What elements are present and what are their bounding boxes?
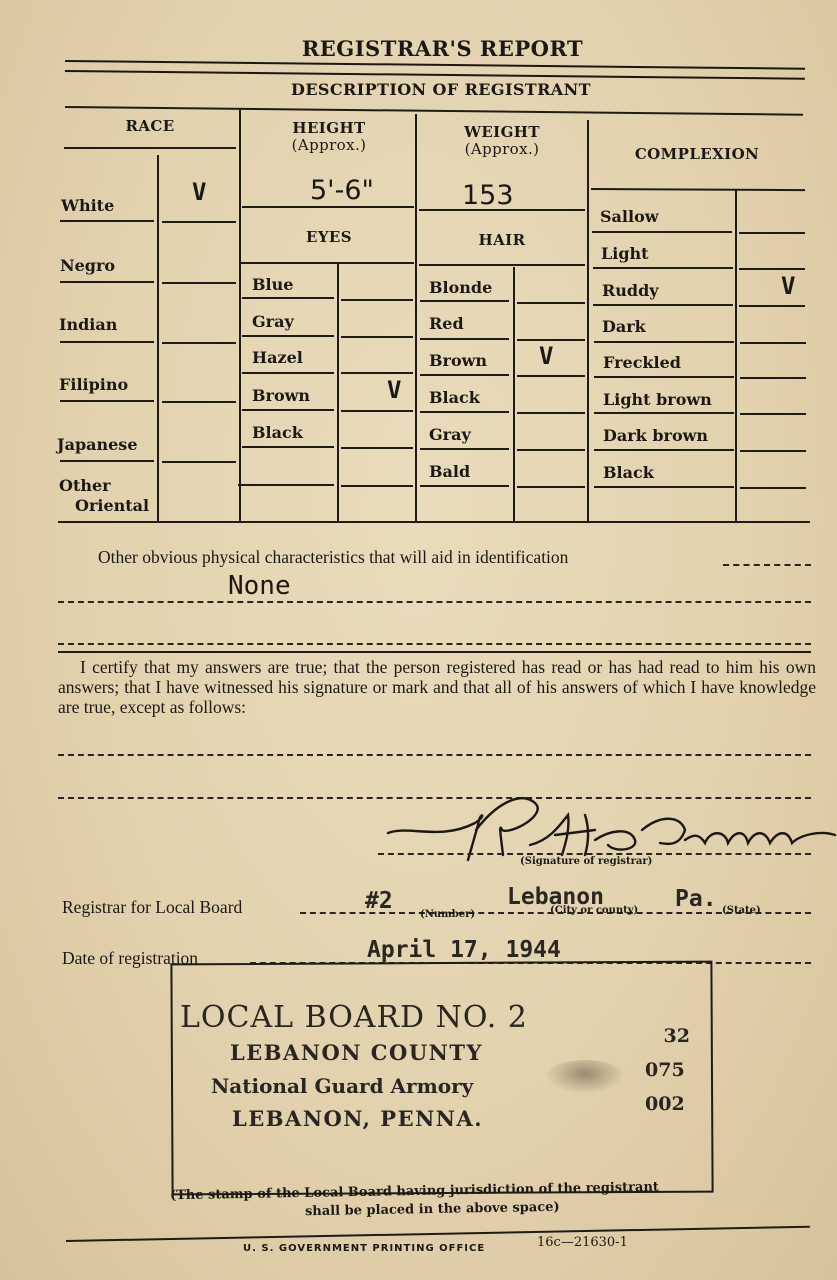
ink-smudge [545,1060,625,1094]
row-rule [162,282,236,284]
complexion-option-dark: Dark [602,317,646,336]
row-rule [594,449,734,451]
row-rule [242,335,334,337]
row-rule [592,231,732,233]
col-divider [239,110,241,521]
row-rule [594,376,734,378]
eyes-option-blue: Blue [252,275,293,294]
local-board-label: Registrar for Local Board [62,897,242,917]
hair-option-bald: Bald [429,462,470,481]
row-rule [241,262,414,264]
row-rule [341,485,413,487]
number-caption: (Number) [420,909,475,920]
complexion-option-light: Light [601,244,649,263]
eyes-option-gray: Gray [252,312,294,331]
section-subtitle: DESCRIPTION OF REGISTRANT [0,80,837,99]
height-value: 5'-6" [310,175,374,206]
row-rule [60,460,154,462]
hair-option-blonde: Blonde [429,278,492,297]
row-rule [162,461,236,463]
form-code: 16c—21630-1 [537,1235,628,1250]
dotted-rule [58,601,811,603]
signature-caption: (Signature of registrar) [520,856,652,867]
row-rule [740,487,806,489]
hair-option-gray: Gray [429,425,471,444]
signature-line [378,853,811,855]
row-rule [60,400,154,402]
race-mark-divider [157,155,159,521]
characteristics-value[interactable]: None [228,571,291,601]
weight-value: 153 [462,180,514,211]
row-rule [594,486,734,488]
complexion-checkmark: V [781,272,795,300]
eyes-option-brown: Brown [252,386,310,405]
complexion-option-ruddy: Ruddy [602,281,659,300]
city-caption: (City or county) [550,905,638,916]
stamp-code-2: 075 [645,1059,685,1081]
hair-mark-divider [513,267,515,521]
row-rule [517,339,585,341]
hair-option-red: Red [429,314,464,333]
race-header: RACE [65,118,235,135]
state-caption: (State) [722,905,761,916]
row-rule [419,209,585,211]
stamp-line-2: LEBANON COUNTY [230,1040,483,1065]
complexion-option-sallow: Sallow [600,207,659,226]
complexion-option-black: Black [603,463,654,482]
stamp-line-4: LEBANON, PENNA. [232,1106,483,1131]
stamp-code-1: 32 [660,1025,690,1047]
section-rule [58,651,811,653]
weight-approx: (Approx.) [418,141,586,158]
row-rule [60,220,154,222]
stamp-caption-2: shall be placed in the above space) [305,1200,560,1219]
row-rule [341,372,413,374]
row-rule [740,413,806,415]
certification-text: I certify that my answers are true; that… [58,657,816,717]
stamp-code-3: 002 [645,1093,685,1115]
row-rule [242,372,334,374]
row-rule [162,342,236,344]
dotted-rule [58,643,811,645]
row-rule [420,338,509,340]
row-rule [238,484,334,486]
complexion-option-light-brown: Light brown [603,390,712,409]
table-bottom-rule [58,521,810,523]
registration-date-value[interactable]: April 17, 1944 [367,937,561,963]
row-rule [593,304,733,306]
eyes-option-black: Black [252,423,303,442]
row-rule [594,412,734,414]
dotted-rule [58,754,811,756]
race-option-oriental: Oriental [75,496,149,515]
row-rule [242,409,334,411]
col-divider [587,120,589,521]
row-rule [420,411,509,413]
row-rule [593,267,733,269]
race-option-negro: Negro [60,256,115,275]
local-board-number[interactable]: #2 [365,888,393,914]
row-rule [420,374,509,376]
eyes-option-hazel: Hazel [252,348,303,367]
race-header-rule [64,147,236,149]
row-rule [517,412,585,414]
row-rule [162,401,236,403]
row-rule [517,449,585,451]
stamp-line-1: LOCAL BOARD NO. 2 [180,1000,528,1035]
race-option-other: Other [59,476,111,495]
row-rule [420,448,509,450]
row-rule [420,485,509,487]
eyes-checkmark: V [387,376,401,404]
hair-option-black: Black [429,388,480,407]
footer-rule [66,1226,810,1242]
row-rule [591,188,805,191]
row-rule [341,447,413,449]
row-rule [594,341,734,343]
row-rule [341,299,413,301]
complexion-header: COMPLEXION [592,146,802,163]
row-rule [242,446,334,448]
row-rule [740,377,806,379]
local-board-state[interactable]: Pa. [675,886,717,912]
row-rule [60,341,154,343]
hair-checkmark: V [539,342,553,370]
complexion-option-freckled: Freckled [603,353,681,372]
race-option-japanese: Japanese [57,435,138,454]
hair-option-brown: Brown [429,351,487,370]
table-top-rule [65,106,803,116]
row-rule [60,281,154,283]
complexion-mark-divider [735,190,737,521]
dotted-rule [723,564,811,566]
row-rule [162,221,236,223]
race-checkmark: V [192,178,206,206]
row-rule [242,206,414,208]
row-rule [740,450,806,452]
race-option-indian: Indian [59,315,117,334]
row-rule [739,305,805,307]
race-option-filipino: Filipino [59,375,128,394]
hair-header: HAIR [418,232,586,249]
height-header: HEIGHT [243,120,415,137]
row-rule [420,300,509,302]
col-divider [415,114,417,521]
row-rule [419,264,585,266]
row-rule [517,302,585,304]
characteristics-label: Other obvious physical characteristics t… [98,547,568,567]
row-rule [517,486,585,488]
race-option-white: White [61,196,114,215]
row-rule [341,336,413,338]
weight-header: WEIGHT [418,124,586,141]
printer-credit: U. S. GOVERNMENT PRINTING OFFICE [243,1243,485,1254]
row-rule [739,232,805,234]
eyes-mark-divider [337,264,339,521]
report-title: REGISTRAR'S REPORT [0,36,837,61]
row-rule [341,410,413,412]
title-double-rule [65,60,805,80]
height-approx: (Approx.) [243,137,415,154]
eyes-header: EYES [243,229,415,246]
row-rule [740,342,806,344]
row-rule [242,297,334,299]
row-rule [739,268,805,270]
stamp-line-3: National Guard Armory [211,1074,473,1098]
complexion-option-dark-brown: Dark brown [603,426,708,445]
row-rule [517,375,585,377]
